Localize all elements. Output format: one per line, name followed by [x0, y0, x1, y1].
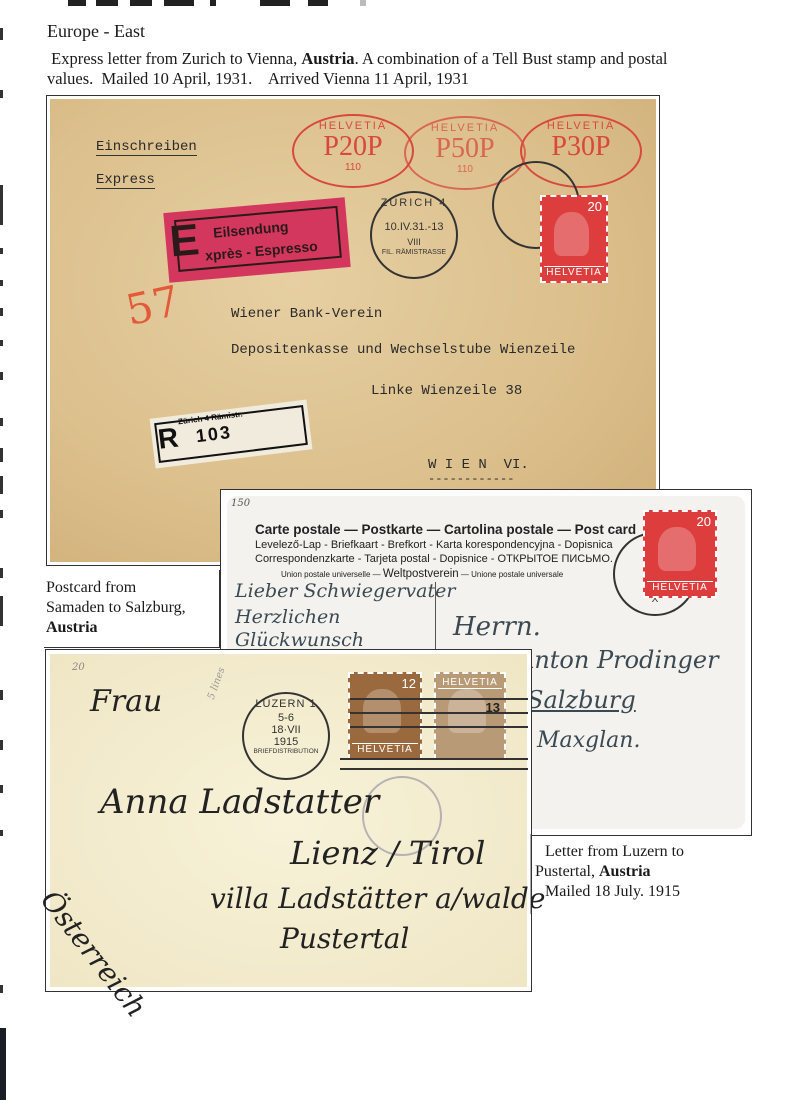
upu-line: Union postale universelle — Weltpostvere… [281, 568, 563, 580]
routing-note: Österreich [34, 884, 153, 1023]
annotation-einschreiben: Einschreiben [96, 139, 197, 156]
postmark-office: FIL. RÄMISTRASSE [372, 249, 456, 256]
tell-bust-stamp-20: 20 HELVETIA [643, 510, 717, 598]
message-line: Lieber Schwiegervater [235, 580, 455, 602]
stamp-country: HELVETIA [544, 266, 604, 278]
stamp-value: 20 [697, 514, 711, 529]
luzern-cover-image: 20 5 lines Frau LUZERN 1 5-6 18·VII 1915… [45, 649, 532, 992]
postcard-languages-line: Correspondenzkarte - Tarjeta postal - Do… [255, 553, 613, 565]
postmark-date: 10.IV.31.-13 [372, 221, 456, 233]
salutation: Frau [90, 684, 162, 719]
meter-value: P50P [406, 134, 524, 164]
tell-bust-stamp-12: 12 HELVETIA [348, 672, 422, 760]
caption-bold: Austria [46, 619, 98, 636]
caption-text: Letter from Luzern to [531, 834, 751, 862]
zurich-postmark: ZURICH 4 10.IV.31.-13 VIII FIL. RÄMISTRA… [370, 191, 458, 279]
postmark-town: ZURICH 4 [372, 197, 456, 209]
message-line: Herzlichen [235, 606, 340, 628]
registration-label: R Zürich 4 Rämistr. 103 [150, 400, 313, 469]
caption-text: . A combination of a Tell Bust stamp and… [355, 49, 668, 68]
recipient-line: Anna Ladstatter [100, 782, 379, 822]
express-cover-caption: Express letter from Zurich to Vienna, Au… [47, 49, 767, 89]
upu-text: Union postale universelle — [281, 570, 383, 579]
pencil-note: 150 [231, 498, 250, 509]
postmark-town: LUZERN 1 [244, 698, 328, 710]
previous-page-header-fragment [60, 0, 780, 8]
postmark-time: 5-6 [244, 712, 328, 724]
stamp-value: 20 [588, 199, 602, 214]
address-line: Depositenkasse und Wechselstube Wienzeil… [231, 342, 575, 358]
registration-number: 103 [195, 422, 233, 447]
pencil-note: 20 [72, 662, 85, 673]
luzern-cover-caption: Letter from Luzern to Pustertal, Austria… [530, 834, 751, 914]
meter-value: P30P [522, 132, 640, 162]
postcard-heading: Carte postale — Postkarte — Cartolina po… [255, 522, 636, 537]
postmark-year: 1915 [244, 736, 328, 748]
upu-text: — Unione postale universale [459, 570, 564, 579]
postcard-caption: Postcard from Samaden to Salzburg, Austr… [44, 570, 220, 648]
luzern-postmark: LUZERN 1 5-6 18·VII 1915 BRIEFDISTRIBUTI… [242, 692, 330, 780]
meter-mark-20: HELVETIA P20P 110 [292, 114, 414, 188]
pencil-note: 5 lines [206, 666, 228, 701]
caption-text: Postcard from [46, 578, 219, 598]
stamp-value: 12 [402, 676, 416, 691]
recipient-line: Pustertal [280, 922, 409, 955]
recipient-line: Lienz / Tirol [290, 834, 485, 872]
caption-bold: Austria [599, 863, 651, 880]
section-title: Europe - East [47, 21, 145, 42]
recipient-line: Maxglan. [537, 728, 640, 753]
upu-text: Weltpostverein [383, 568, 459, 580]
scan-edge-shadow [0, 1028, 6, 1100]
postmark-date: 18·VII [244, 724, 328, 736]
address-underline: ------------ [428, 472, 514, 486]
express-label: E Eilsendung xprès - Espresso [163, 197, 350, 283]
scan-edge-marks [0, 0, 4, 1000]
meter-value: P20P [294, 132, 412, 162]
manuscript-mark: 57 [121, 276, 183, 335]
stamp-country: HELVETIA [352, 743, 418, 755]
caption-text: Samaden to Salzburg, [46, 598, 219, 618]
caption-text: Express letter from Zurich to Vienna, [51, 49, 301, 68]
postmark-office: BRIEFDISTRIBUTION [244, 748, 328, 755]
caption-text: Pustertal, [535, 863, 599, 880]
stamp-country: HELVETIA [647, 581, 713, 593]
registration-letter: R [156, 422, 180, 456]
address-city: W I E N VI. [428, 457, 529, 473]
helvetia-surcharge-stamp-13: HELVETIA 13 [434, 672, 506, 760]
machine-cancel-line [350, 698, 528, 700]
stamp-country: HELVETIA [438, 677, 502, 689]
recipient-line: Salzburg [527, 686, 636, 714]
machine-cancel-line [350, 726, 528, 728]
caption-bold: Austria [301, 49, 354, 68]
address-line: Wiener Bank-Verein [231, 306, 382, 322]
caption-text: values. Mailed 10 April, 1931. Arrived V… [47, 69, 767, 89]
machine-cancel-line [350, 712, 528, 714]
envelope-paper: 20 5 lines Frau LUZERN 1 5-6 18·VII 1915… [50, 654, 527, 987]
express-letter-e: E [168, 218, 201, 264]
machine-cancel-line [340, 768, 528, 770]
address-line: Linke Wienzeile 38 [371, 383, 522, 399]
postcard-languages-line: Levelező-Lap - Briefkaart - Brefkort - K… [255, 539, 613, 551]
recipient-line: Anton Prodinger [517, 646, 719, 674]
meter-number: 110 [294, 162, 412, 173]
recipient-line: Herrn. [453, 612, 541, 642]
message-line: Glückwunsch [235, 629, 364, 651]
annotation-express: Express [96, 172, 155, 189]
tell-bust-stamp-20: 20 HELVETIA [540, 195, 608, 283]
recipient-line: villa Ladstätter a/walde [210, 882, 545, 915]
postmark-code: VIII [372, 237, 456, 247]
caption-text: Mailed 18 July. 1915 [531, 882, 751, 902]
machine-cancel-line [340, 758, 528, 760]
